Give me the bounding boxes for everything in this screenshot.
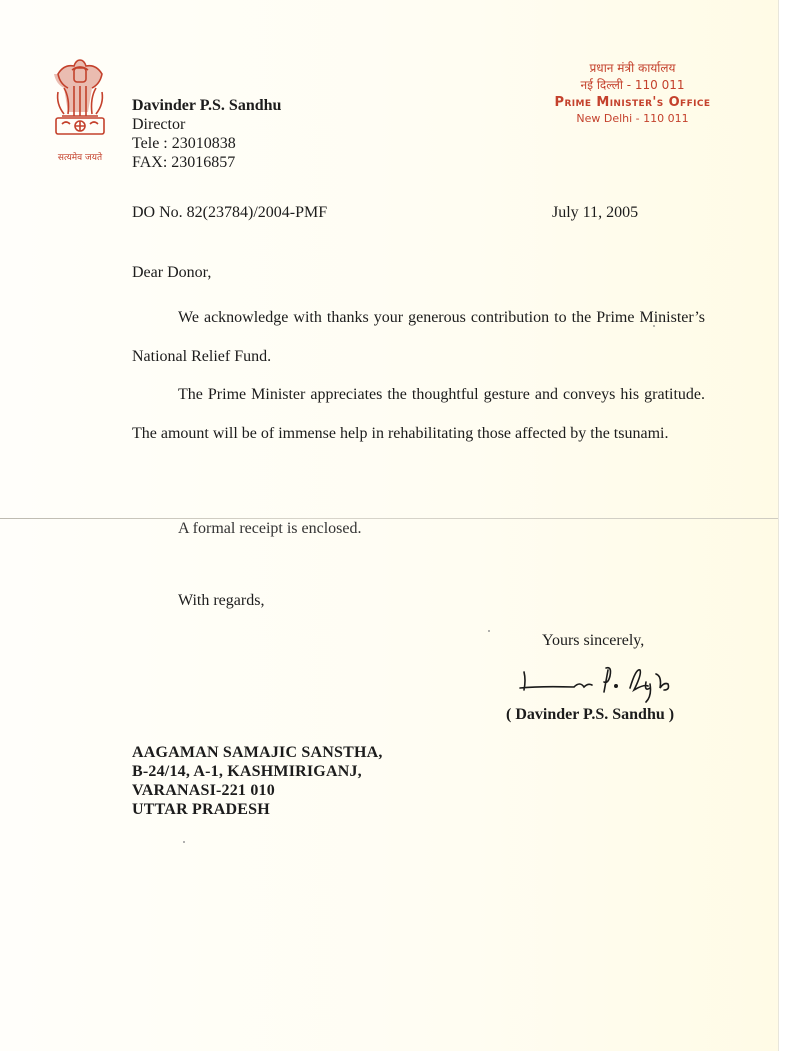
regards: With regards, <box>178 592 264 610</box>
address-line: UTTAR PRADESH <box>132 800 383 819</box>
body-paragraph: We acknowledge with thanks your generous… <box>132 299 705 376</box>
office-english-city: New Delhi - 110 011 <box>520 111 745 126</box>
sender-telephone: Tele : 23010838 <box>132 134 281 153</box>
office-english-name: Prime Minister's Office <box>520 94 745 111</box>
address-line: VARANASI-221 010 <box>132 781 383 800</box>
handwritten-signature-icon <box>516 660 716 704</box>
address-line: B-24/14, A-1, KASHMIRIGANJ, <box>132 762 383 781</box>
signatory-name: ( Davinder P.S. Sandhu ) <box>506 706 674 724</box>
letter-date: July 11, 2005 <box>552 204 638 222</box>
letter-paper <box>0 0 778 1051</box>
sender-name: Davinder P.S. Sandhu <box>132 96 281 115</box>
office-hindi-city: नई दिल्ली - 110 011 <box>520 77 745 94</box>
office-hindi-name: प्रधान मंत्री कार्यालय <box>520 60 745 77</box>
recipient-address: AAGAMAN SAMAJIC SANSTHA, B-24/14, A-1, K… <box>132 743 383 819</box>
sender-fax: FAX: 23016857 <box>132 153 281 172</box>
body-paragraph: A formal receipt is enclosed. <box>178 520 362 538</box>
paper-speck <box>183 841 185 843</box>
paper-speck <box>653 325 655 327</box>
address-line: AAGAMAN SAMAJIC SANSTHA, <box>132 743 383 762</box>
sender-designation: Director <box>132 115 281 134</box>
salutation: Dear Donor, <box>132 264 211 282</box>
sender-block: Davinder P.S. Sandhu Director Tele : 230… <box>132 96 281 172</box>
emblem-motto: सत्यमेव जयते <box>44 150 116 163</box>
fold-crease <box>0 518 778 519</box>
page-edge <box>778 0 800 1051</box>
reference-number: DO No. 82(23784)/2004-PMF <box>132 204 327 222</box>
office-block: प्रधान मंत्री कार्यालय नई दिल्ली - 110 0… <box>520 60 745 126</box>
closing: Yours sincerely, <box>542 632 644 650</box>
paper-speck <box>488 630 490 632</box>
body-paragraph: The Prime Minister appreciates the thoug… <box>132 376 705 453</box>
